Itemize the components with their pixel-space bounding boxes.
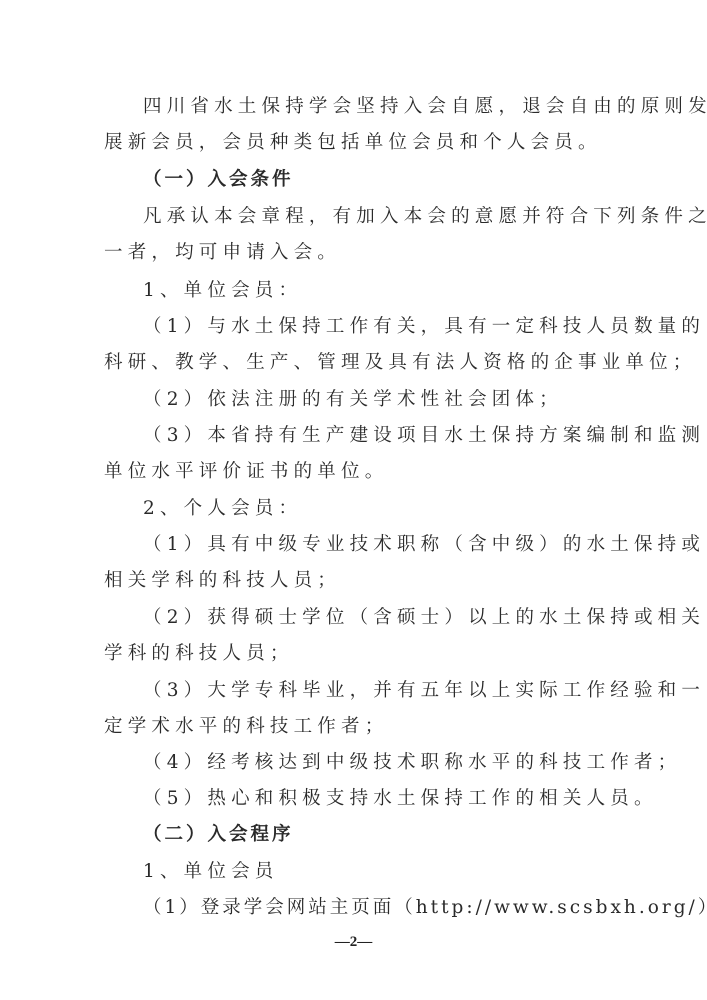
unit-item-1-line-2: 科研、教学、生产、管理及具有法人资格的企事业单位； bbox=[104, 351, 604, 375]
procedure-step-1-website: （1）登录学会网站主页面（http://www.scsbxh.org/）； bbox=[143, 896, 643, 920]
section-heading-membership-procedure: （二）入会程序 bbox=[143, 823, 643, 847]
individual-item-5: （5）热心和积极支持水土保持工作的相关人员。 bbox=[143, 787, 643, 811]
subheading-unit-members: 1、单位会员： bbox=[143, 279, 643, 303]
paragraph-conditions-line-2: 一者，均可申请入会。 bbox=[104, 241, 604, 265]
paragraph-intro-line-1: 四川省水土保持学会坚持入会自愿，退会自由的原则发 bbox=[143, 95, 643, 119]
unit-item-3-line-2: 单位水平评价证书的单位。 bbox=[104, 460, 604, 484]
individual-item-1-line-2: 相关学科的科技人员； bbox=[104, 569, 604, 593]
individual-item-3-line-1: （3）大学专科毕业，并有五年以上实际工作经验和一 bbox=[143, 679, 643, 703]
individual-item-2-line-1: （2）获得硕士学位（含硕士）以上的水土保持或相关 bbox=[143, 606, 643, 630]
unit-item-2: （2）依法注册的有关学术性社会团体； bbox=[143, 388, 643, 412]
individual-item-2-line-2: 学科的科技人员； bbox=[104, 642, 604, 666]
subheading-unit-members-procedure: 1、单位会员 bbox=[143, 860, 643, 884]
paragraph-intro-line-2: 展新会员，会员种类包括单位会员和个人会员。 bbox=[104, 131, 604, 155]
individual-item-1-line-1: （1）具有中级专业技术职称（含中级）的水土保持或 bbox=[143, 533, 643, 557]
individual-item-3-line-2: 定学术水平的科技工作者； bbox=[104, 715, 604, 739]
document-page: 四川省水土保持学会坚持入会自愿，退会自由的原则发 展新会员，会员种类包括单位会员… bbox=[0, 0, 707, 1000]
unit-item-1-line-1: （1）与水土保持工作有关，具有一定科技人员数量的 bbox=[143, 315, 643, 339]
paragraph-conditions-line-1: 凡承认本会章程，有加入本会的意愿并符合下列条件之 bbox=[143, 205, 643, 229]
unit-item-3-line-1: （3）本省持有生产建设项目水土保持方案编制和监测 bbox=[143, 424, 643, 448]
individual-item-4: （4）经考核达到中级技术职称水平的科技工作者； bbox=[143, 751, 643, 775]
section-heading-membership-conditions: （一）入会条件 bbox=[143, 168, 643, 192]
page-number: —2— bbox=[0, 934, 707, 951]
subheading-individual-members: 2、个人会员： bbox=[143, 497, 643, 521]
